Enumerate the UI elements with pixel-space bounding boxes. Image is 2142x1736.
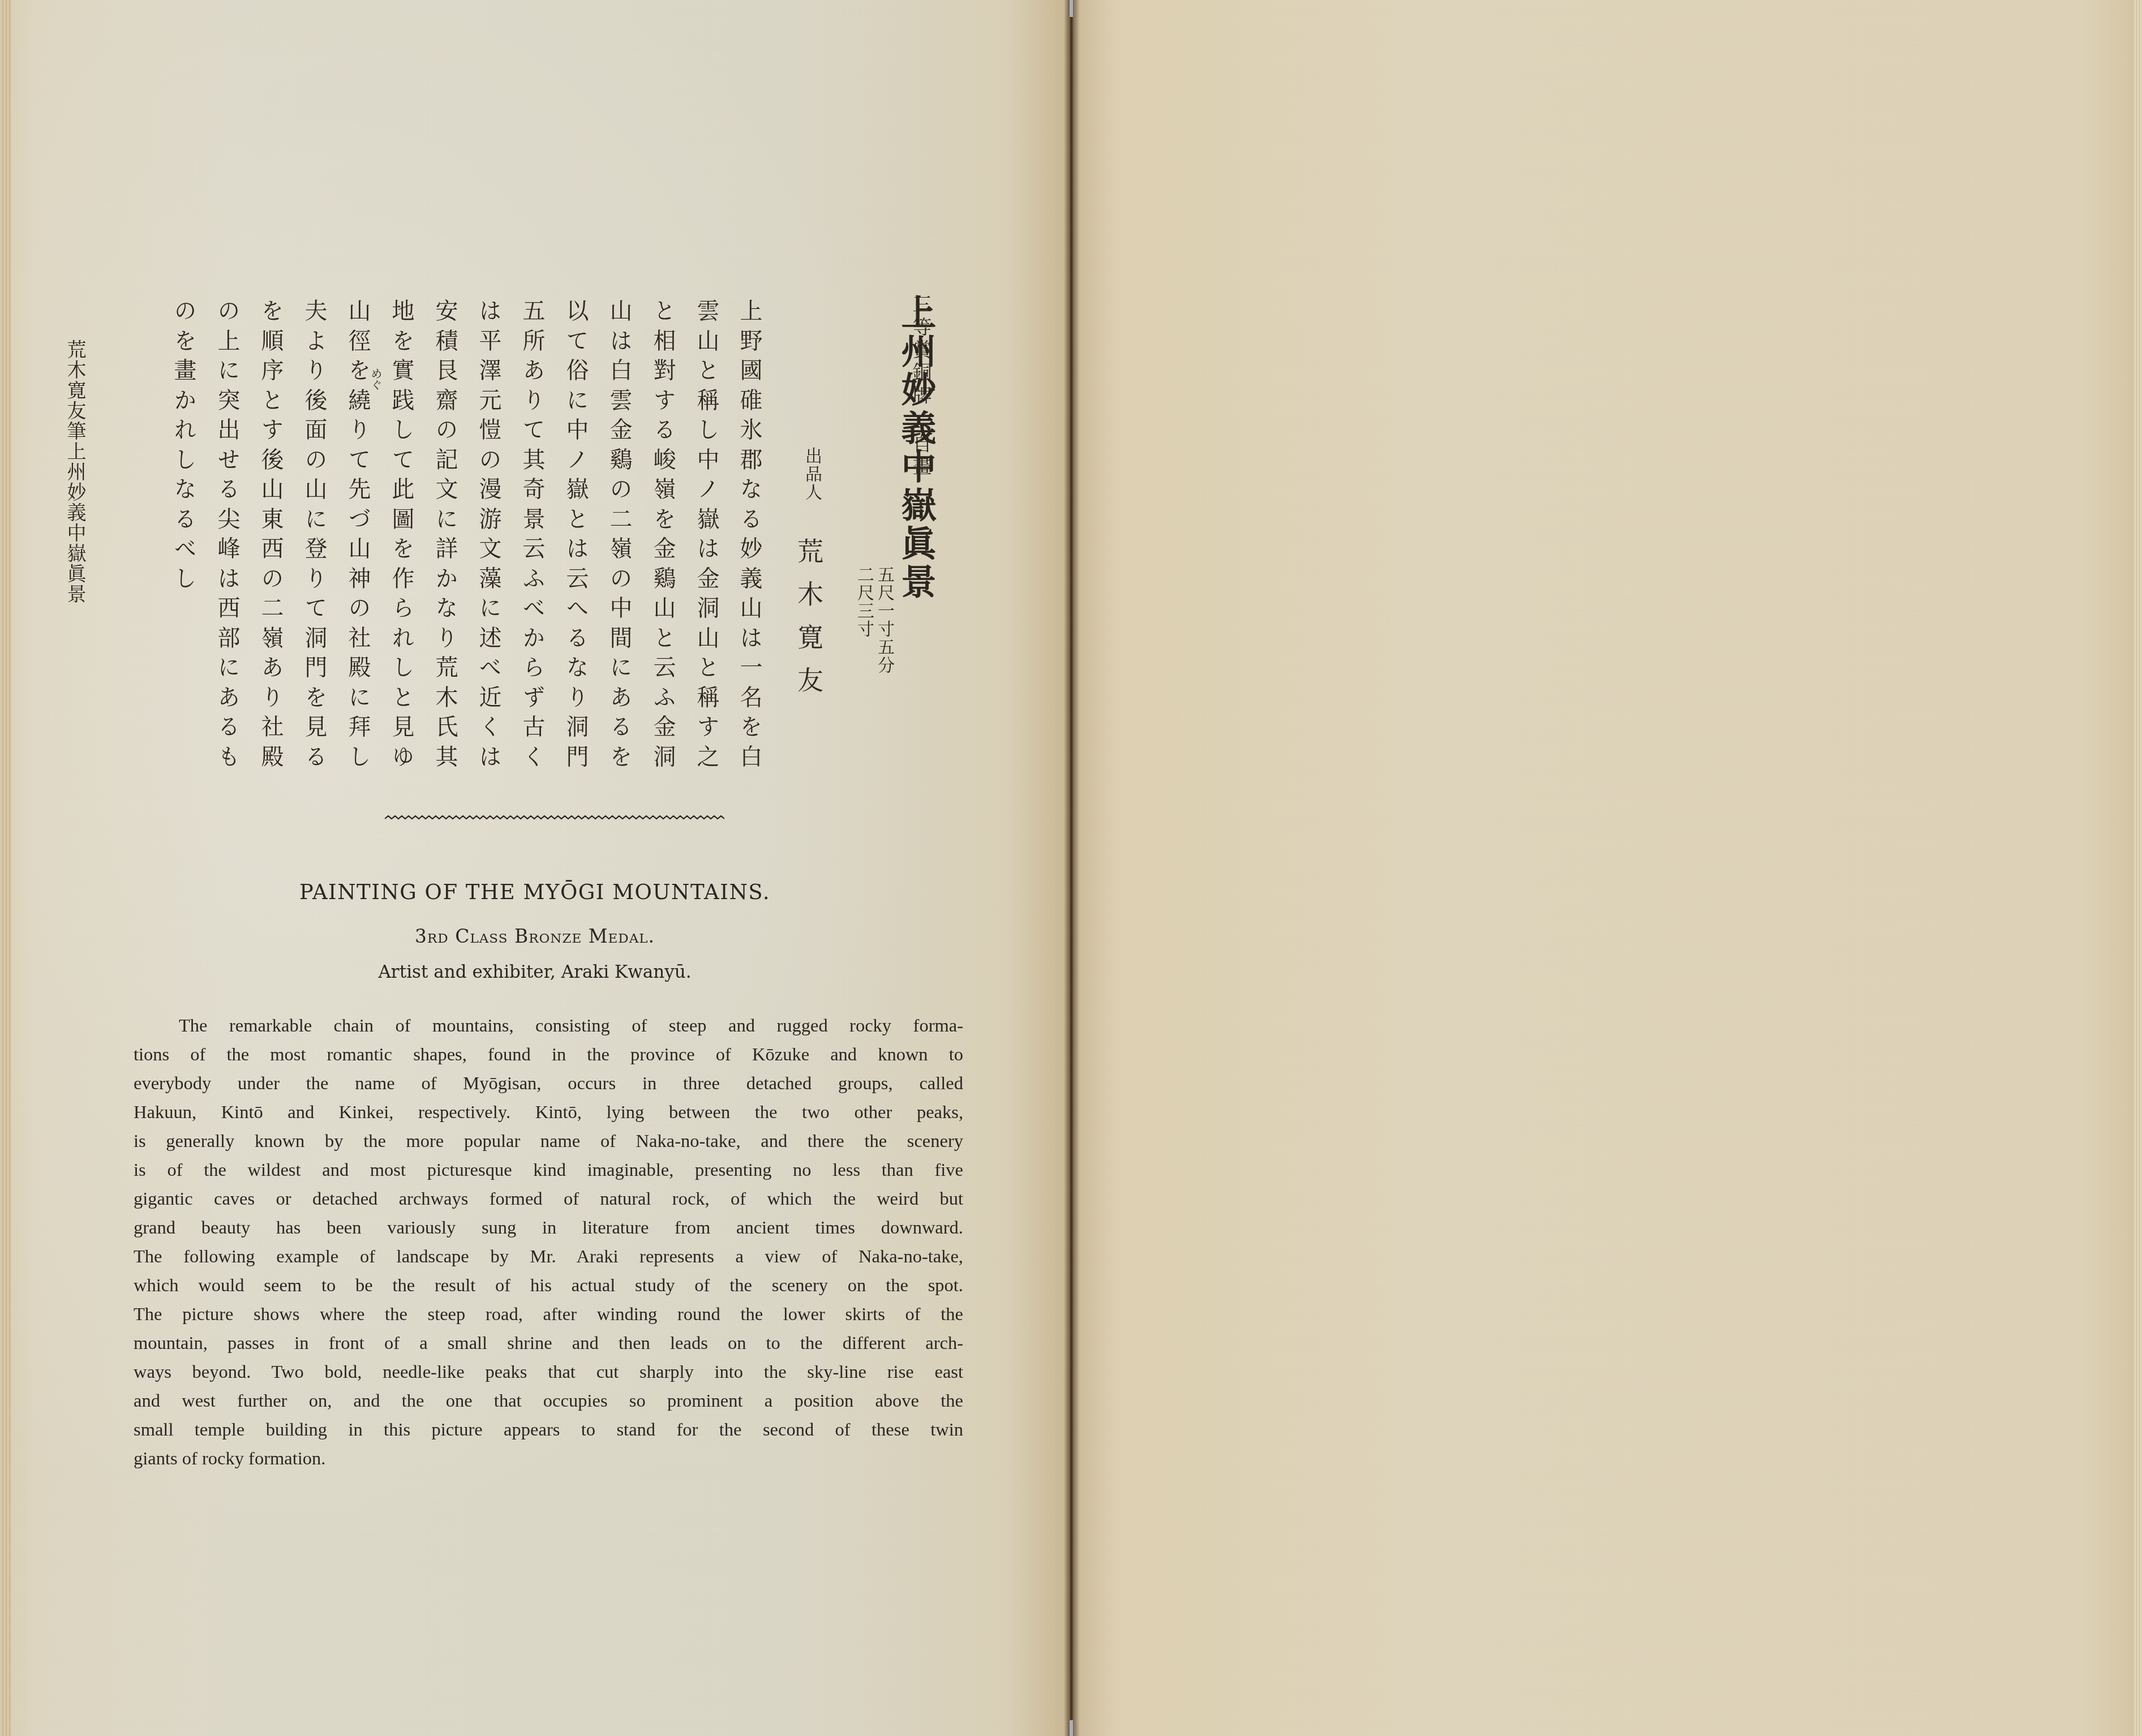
paragraph-line: mountain, passes in front of a small shr… (134, 1329, 963, 1358)
jp-body-column: 以て俗に中ノ嶽とは云へるなり洞門 (560, 299, 592, 774)
wavy-divider (385, 814, 724, 822)
ruby-annotation: めぐ (368, 368, 384, 390)
paragraph-line: giants of rocky formation. (134, 1445, 963, 1473)
jp-body-column: 安積艮齋の記文に詳かなり荒木氏其 (429, 299, 461, 774)
jp-body-column: 山は白雲金鷄の二嶺の中間にあるを (603, 299, 636, 774)
exhibitor-label: 出品人 (799, 447, 824, 501)
japanese-title: 上州妙義中嶽眞景 (891, 294, 941, 602)
paragraph-line: which would seem to be the result of his… (134, 1271, 963, 1300)
jp-body-column: と相對する峻嶺を金鷄山と云ふ金洞 (647, 299, 679, 774)
paragraph-line: Hakuun, Kintō and Kinkei, respectively. … (134, 1098, 963, 1127)
paragraph-line: The remarkable chain of mountains, consi… (134, 1012, 963, 1041)
dimension-width: 二尺三寸 (853, 566, 874, 674)
paragraph-line: and west further on, and the one that oc… (134, 1387, 963, 1416)
paragraph-line: The following example of landscape by Mr… (134, 1243, 963, 1271)
exhibitor-name: 荒木寛友 (790, 538, 827, 710)
english-title: PAINTING OF THE MYŌGI MOUNTAINS. (0, 880, 1070, 904)
paragraph-line: everybody under the name of Myōgisan, oc… (134, 1069, 963, 1098)
jp-body-column: 五所ありて其奇景云ふべからず古く (516, 299, 548, 774)
left-page: 三等賞銅牌 自畫 上州妙義中嶽眞景 五尺一寸五分 二尺三寸 出品人 荒木寛友 上… (0, 0, 1070, 1736)
jp-body-column: 夫より後面の山に登りて洞門を見る (298, 299, 330, 774)
painting-dimensions: 五尺一寸五分 二尺三寸 (853, 566, 894, 674)
paragraph-line: grand beauty has been variously sung in … (134, 1214, 963, 1243)
paragraph-line: ways beyond. Two bold, needle-like peaks… (134, 1358, 963, 1387)
jp-body-column: 地を實践して此圖を作られしと見ゆ (385, 299, 418, 774)
jp-body-column: は平澤元愷の漫游文藻に述べ近くは (473, 299, 505, 774)
right-page-blank (1073, 0, 2142, 1736)
paragraph-line: gigantic caves or detached archways form… (134, 1185, 963, 1214)
jp-body-column: を順序とす後山東西の二嶺あり社殿 (255, 299, 287, 774)
paragraph-line: is of the wildest and most picturesque k… (134, 1156, 963, 1185)
medal-label: 3rd Class Bronze Medal. (0, 925, 1070, 947)
english-body-paragraph: The remarkable chain of mountains, consi… (134, 1012, 963, 1473)
running-head: 荒木寛友筆上州妙義中嶽眞景 (61, 340, 89, 604)
dimension-height: 五尺一寸五分 (874, 566, 894, 674)
paragraph-line: small temple building in this picture ap… (134, 1416, 963, 1445)
paragraph-line: tions of the most romantic shapes, found… (134, 1041, 963, 1069)
artist-line: Artist and exhibiter, Araki Kwanyū. (0, 962, 1070, 982)
paragraph-line: The picture shows where the steep road, … (134, 1300, 963, 1329)
paragraph-line: is generally known by the more popular n… (134, 1127, 963, 1156)
jp-body-column: 雲山と稱し中ノ嶽は金洞山と稱す之 (690, 299, 723, 774)
jp-body-column: の上に突出せる尖峰は西部にあるも (211, 299, 243, 774)
jp-body-column: 上野國碓氷郡なる妙義山は一名を白 (733, 299, 766, 774)
jp-body-column: のを畫かれしなるべし (168, 299, 200, 596)
